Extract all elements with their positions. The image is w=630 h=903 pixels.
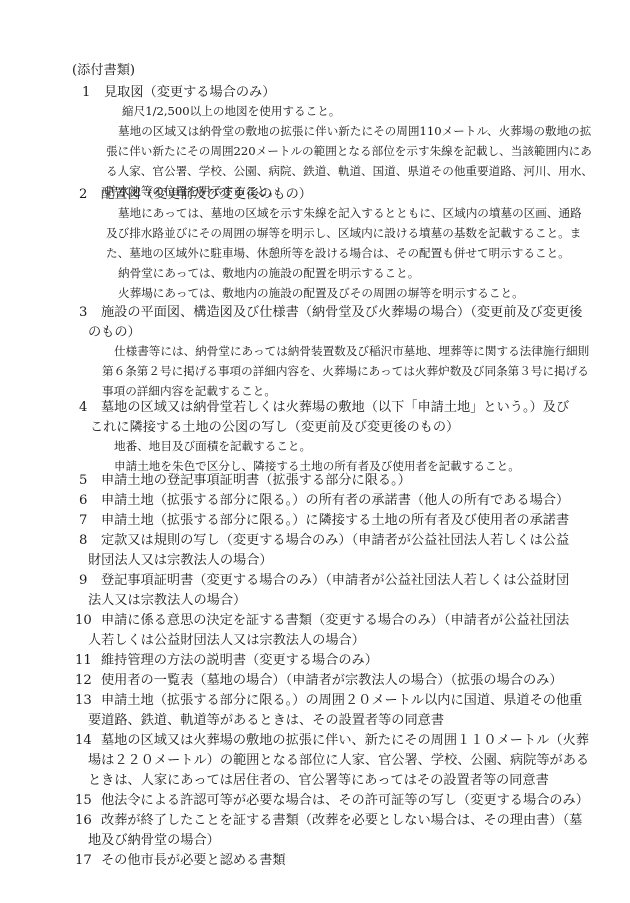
item-title-line: 申請土地（拡張する部分に限る。）に隣接する土地の所有者及び使用者の承諾書	[101, 514, 569, 527]
item-note-line: 地番、地目及び面積を記載すること。	[114, 441, 311, 453]
item-title-line: 法人又は宗教法人の場合）	[88, 594, 246, 607]
item-note-line: 事項の詳細内容を記載すること。	[102, 386, 276, 398]
item-title-line: 申請に係る意思の決定を証する書類（変更する場合のみ）（申請者が公益社団法	[101, 614, 569, 627]
item-title-line: 定款又は規則の写し（変更する場合のみ）（申請者が公益社団法人若しくは公益	[101, 534, 569, 547]
item-number: 13	[75, 694, 92, 707]
item-note-line: る人家、官公署、学校、公園、病院、鉄道、軌道、国道、県道その他重要道路、河川、用…	[106, 166, 593, 178]
item-number: 14	[75, 734, 92, 747]
item-title-line: 場は２２０メートル）の範囲となる部位に人家、官公署、学校、公園、病院等がある	[88, 754, 589, 767]
item-title-line: 登記事項証明書（変更する場合のみ）（申請者が公益社団法人若しくは公益財団	[101, 574, 569, 587]
item-number: 10	[75, 614, 92, 627]
item-title-line: 他法令による許認可等が必要な場合は、その許可証等の写し（変更する場合のみ）	[101, 794, 589, 807]
item-number: 7	[79, 514, 87, 527]
item-title-line: 配置図（変更前及び変更後のもの）	[101, 188, 312, 201]
item-note-line: 墓地の区域又は納骨堂の敷地の拡張に伴い新たにその周囲110メートル、火葬場の敷地…	[118, 126, 591, 138]
item-title-line: 改葬が終了したことを証する書類（改葬を必要としない場合は、その理由書）（墓	[101, 814, 582, 827]
item-title-line: 人若しくは公益財団法人又は宗教法人の場合）	[88, 634, 365, 647]
item-title-line: 墓地の区域又は納骨堂若しくは火葬場の敷地（以下「申請土地」という。）及び	[101, 401, 569, 414]
item-note-line: 納骨堂にあっては、敷地内の施設の配置を明示すること。	[118, 268, 419, 280]
item-note-line: 火葬場にあっては、敷地内の施設の配置及びその周囲の塀等を明示すること。	[118, 288, 524, 300]
item-title-line: 見取図（変更する場合のみ）	[104, 86, 275, 99]
item-number: 9	[79, 574, 87, 587]
item-title-line: 申請土地（拡張する部分に限る。）の所有者の承諾書（他人の所有である場合）	[101, 494, 569, 507]
item-title-line: 申請土地（拡張する部分に限る。）の周囲２０メートル以内に国道、県道その他重	[101, 694, 582, 707]
item-title-line: 墓地の区域又は火葬場の敷地の拡張に伴い、新たにその周囲１１０メートル（火葬	[101, 734, 589, 747]
item-number: 3	[79, 306, 87, 319]
item-note-line: 墓地にあっては、墓地の区域を示す朱線を記入するとともに、区域内の墳墓の区画、通路	[118, 208, 582, 220]
item-number: 12	[75, 674, 92, 687]
document-heading: (添付書類)	[72, 64, 135, 77]
item-title-line: ときは、人家にあっては居住者の、官公署等にあってはその設置者等の同意書	[88, 774, 549, 787]
item-title-line: これに隣接する土地の公図の写し（変更前及び変更後のもの）	[90, 421, 459, 434]
item-note-line: た、墓地の区域外に駐車場、休憩所等を設ける場合は、その配置も併せて明示すること。	[106, 248, 570, 260]
item-title-line: 財団法人又は宗教法人の場合）	[88, 554, 273, 567]
item-number: 4	[79, 401, 87, 414]
item-number: 17	[75, 854, 92, 867]
item-title-line: 使用者の一覧表（墓地の場合）（申請者が宗教法人の場合）（拡張の場合のみ）	[101, 674, 563, 687]
item-title-line: 申請土地の登記事項証明書（拡張する部分に限る。）	[101, 474, 411, 487]
item-note-line: 申請土地を朱色で区分し、隣接する土地の所有者及び使用者を記載すること。	[114, 461, 520, 473]
item-note-line: 第６条第２号に掲げる事項の詳細内容を、火葬場にあっては火葬炉数及び同条第３号に掲…	[102, 366, 589, 378]
item-number: 1	[82, 86, 90, 99]
item-note-line: 及び排水路並びにその周囲の塀等を明示し、区域内に設ける墳墓の基数を記載すること。…	[106, 228, 581, 240]
item-number: 8	[79, 534, 87, 547]
item-title-line: その他市長が必要と認める書類	[101, 854, 286, 867]
item-title-line: 施設の平面図、構造図及び仕様書（納骨堂及び火葬場の場合）（変更前及び変更後	[101, 306, 582, 319]
item-note-line: 仕様書等には、納骨堂にあっては納骨装置数及び稲沢市墓地、埋葬等に関する法律施行細…	[114, 346, 589, 358]
item-number: 11	[75, 654, 92, 667]
item-number: 2	[79, 188, 87, 201]
item-title-line: 地及び納骨堂の場合）	[88, 834, 220, 847]
document-page: (添付書類)1見取図（変更する場合のみ）縮尺1/2,500以上の地図を使用するこ…	[0, 0, 630, 903]
item-title-line: のもの）	[88, 326, 141, 339]
item-number: 15	[75, 794, 92, 807]
item-note-line: 張に伴い新たにその周囲220メートルの範囲となる部位を示す朱線を記載し、当該範囲…	[106, 146, 592, 158]
item-number: 5	[79, 474, 87, 487]
item-title-line: 要道路、鉄道、軌道等があるときは、その設置者等の同意書	[88, 714, 444, 727]
item-title-line: 維持管理の方法の説明書（変更する場合のみ）	[101, 654, 378, 667]
item-number: 6	[79, 494, 87, 507]
item-number: 16	[75, 814, 92, 827]
item-note-line: 縮尺1/2,500以上の地図を使用すること。	[122, 106, 340, 118]
